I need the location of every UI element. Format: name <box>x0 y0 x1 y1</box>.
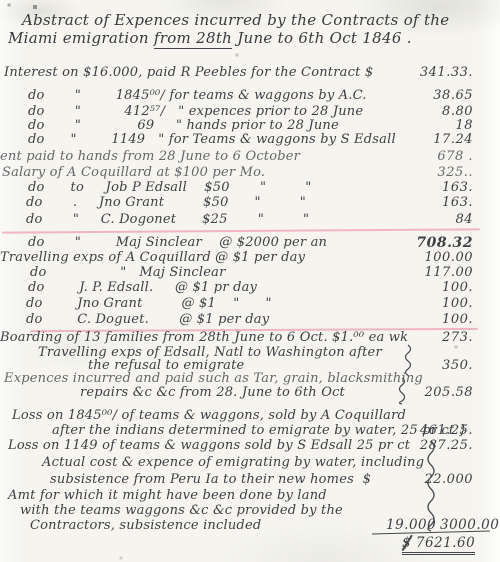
entry-amount: 100. <box>383 281 473 295</box>
ledger-row: do C. Doguet. @ $1 per day100. <box>0 313 500 328</box>
entry-amount: 163. <box>383 196 473 210</box>
entry-text: do J. P. Edsall. @ $1 pr day <box>28 281 257 295</box>
entry-amount: 84 <box>383 213 473 227</box>
entry-text: do " Maj Sinclear @ $2000 per an <box>28 236 327 250</box>
ledger-row: do to Job P Edsall $50 " "163. <box>0 181 500 196</box>
entry-text: do to Job P Edsall $50 " " <box>28 181 311 195</box>
paper-specks <box>0 0 2 2</box>
title-line2-underlined: from 28th <box>154 29 232 49</box>
document-title-line2: Miami emigration from 28th June to 6th O… <box>8 30 412 47</box>
entry-text: do " 69 " hands prior to 28 June <box>28 119 339 133</box>
entry-text: do " 1845⁰⁰/ for teams & waggons by A.C. <box>28 89 367 103</box>
entry-amount: 461.25. <box>383 424 473 438</box>
entry-amount: 708.32 <box>383 236 473 250</box>
ledger-row: do " Maj Sinclear @ $2000 per an708.32 <box>0 236 500 251</box>
entry-text: Interest on $16.000, paid R Peebles for … <box>4 66 373 80</box>
entry-amount: 117.00 <box>383 266 473 280</box>
entry-text: Expences incurred and paid such as Tar, … <box>4 372 423 386</box>
pink-rule-1 <box>2 228 480 234</box>
ledger-row: Boarding of 13 families from 28th June t… <box>0 331 500 346</box>
entry-amount: 17.24 <box>383 133 473 147</box>
entry-amount: 38.65 <box>383 89 473 103</box>
entry-amount: 341.33. <box>383 66 473 80</box>
margin-brace-icon <box>396 377 408 405</box>
entry-text: Travelling exps of A Coquillard @ $1 per… <box>0 251 305 265</box>
entry-text: Loss on 1845⁰⁰/ of teams & waggons, sold… <box>12 409 406 423</box>
ledger-row: do J. P. Edsall. @ $1 pr day100. <box>0 281 500 296</box>
entry-text: with the teams waggons &c &c provided by… <box>20 504 343 518</box>
ledger-row: ent paid to hands from 28 June to 6 Octo… <box>0 150 500 165</box>
ledger-row: repairs &c &c from 28. June to 6th Oct20… <box>0 386 500 401</box>
entry-text: do " 1149 " for Teams & waggons by S Eds… <box>28 133 396 147</box>
entry-text: Salary of A Coquillard at $100 per Mo. <box>2 166 265 180</box>
ledger-row: Loss on 1845⁰⁰/ of teams & waggons, sold… <box>0 409 500 424</box>
ledger-row: Interest on $16.000, paid R Peebles for … <box>0 66 500 81</box>
entry-amount: 100.00 <box>383 251 473 265</box>
grand-total: $ 7621.60 <box>402 535 475 555</box>
entry-amount: 678 . <box>383 150 473 164</box>
ledger-row: do " Maj Sinclear117.00 <box>0 266 500 281</box>
entry-text: Boarding of 13 families from 28th June t… <box>0 331 408 345</box>
title-line2-prefix: Miami emigration <box>8 29 154 47</box>
ledger-row: do Jno Grant @ $1 " "100. <box>0 297 500 312</box>
entry-text: repairs &c &c from 28. June to 6th Oct <box>80 386 345 400</box>
ledger-row: do " 1149 " for Teams & waggons by S Eds… <box>0 133 500 148</box>
title-line2-suffix: June to 6th Oct 1846 . <box>232 29 412 47</box>
entry-amount: 273. <box>383 331 473 345</box>
entry-text: Contractors, subsistence included <box>30 519 261 533</box>
entry-text: do " Maj Sinclear <box>30 266 226 280</box>
entry-amount: 325.. <box>383 166 473 180</box>
entry-amount: 18 <box>383 119 473 133</box>
entry-amount: 163. <box>383 181 473 195</box>
entry-text: do Jno Grant @ $1 " " <box>26 297 272 311</box>
ledger-row: Salary of A Coquillard at $100 per Mo.32… <box>0 166 500 181</box>
ledger-row: do . Jno Grant $50 " "163. <box>0 196 500 211</box>
entry-amount: 8.80 <box>383 105 473 119</box>
entry-text: Loss on 1149 of teams & waggons sold by … <box>8 439 410 453</box>
entry-text: do C. Doguet. @ $1 per day <box>26 313 269 327</box>
entry-text: do . Jno Grant $50 " " <box>26 196 306 210</box>
entry-text: Amt for which it might have been done by… <box>8 489 327 503</box>
entry-text: subsistence from Peru Ia to their new ho… <box>50 473 371 487</box>
entry-text: Actual cost & expence of emigrating by w… <box>42 456 424 470</box>
subtotal-left: 19.000 <box>386 517 436 533</box>
document-title-line1: Abstract of Expences incurred by the Con… <box>22 12 449 29</box>
ledger-row: do " 1845⁰⁰/ for teams & waggons by A.C.… <box>0 89 500 104</box>
entry-text: do " C. Dogonet $25 " " <box>26 213 309 227</box>
entry-amount: 100. <box>383 297 473 311</box>
ledger-row: after the indians determined to emigrate… <box>0 424 500 439</box>
entry-text: ent paid to hands from 28 June to 6 Octo… <box>0 150 300 164</box>
ledger-row: Travelling exps of A Coquillard @ $1 per… <box>0 251 500 266</box>
entry-amount: 100. <box>383 313 473 327</box>
entry-text: do " 412⁵⁷/ " expences prior to 28 June <box>28 105 363 119</box>
ledger-row: do " C. Dogonet $25 " "84 <box>0 213 500 228</box>
scanned-ledger-page: Abstract of Expences incurred by the Con… <box>0 0 500 562</box>
margin-brace-icon <box>402 344 414 376</box>
